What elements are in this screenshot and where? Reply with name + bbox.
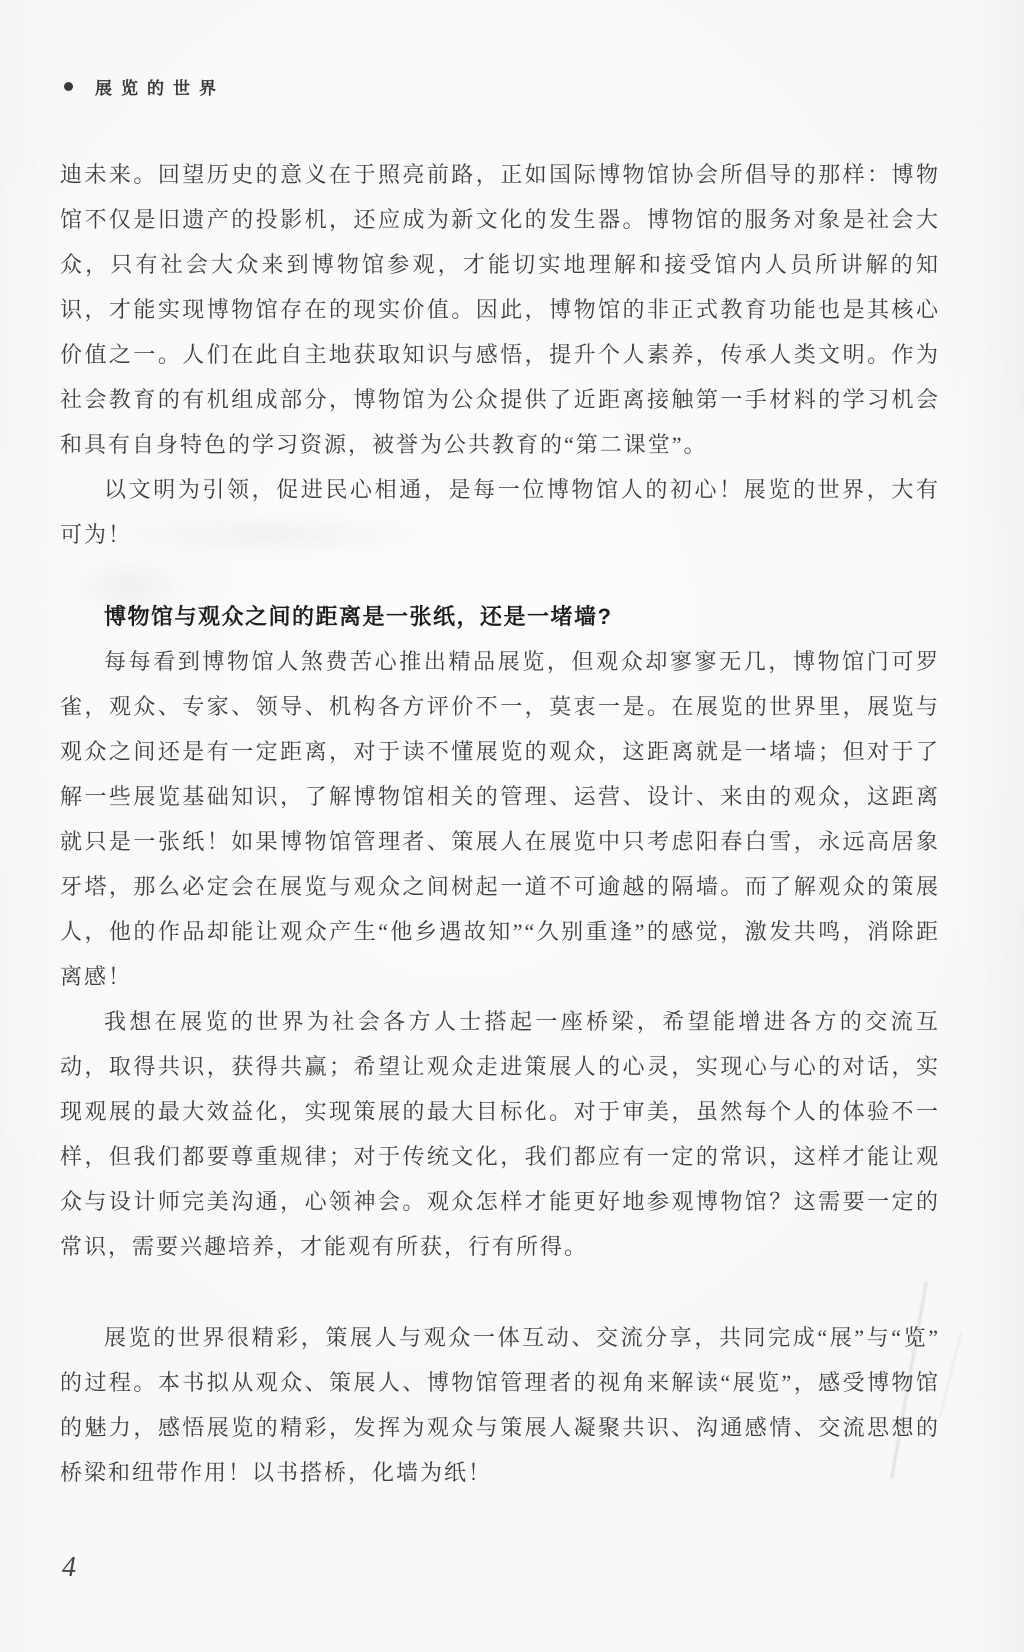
body-text-block: 迪未来。回望历史的意义在于照亮前路，正如国际博物馆协会所倡导的那样：博物馆不仅是…: [60, 152, 940, 1495]
page-number: 4: [62, 1552, 76, 1584]
running-header: 展览的世界: [64, 74, 225, 99]
para-distance: 每每看到博物馆人煞费苦心推出精品展览，但观众却寥寥无几，博物馆门可罗雀，观众、专…: [60, 639, 940, 999]
para-bridge: 我想在展览的世界为社会各方人士搭起一座桥梁，希望能增进各方的交流互动，取得共识，…: [60, 999, 940, 1269]
para-vision: 以文明为引领，促进民心相通，是每一位博物馆人的初心！展览的世界，大有可为！: [60, 467, 940, 557]
running-header-title: 展览的世界: [95, 74, 225, 99]
para-closing: 展览的世界很精彩，策展人与观众一体互动、交流分享，共同完成“展”与“览”的过程。…: [60, 1315, 940, 1495]
section-heading: 博物馆与观众之间的距离是一张纸，还是一堵墙?: [60, 594, 940, 639]
bullet-icon: [64, 82, 73, 91]
para-continuation: 迪未来。回望历史的意义在于照亮前路，正如国际博物馆协会所倡导的那样：博物馆不仅是…: [60, 152, 940, 467]
